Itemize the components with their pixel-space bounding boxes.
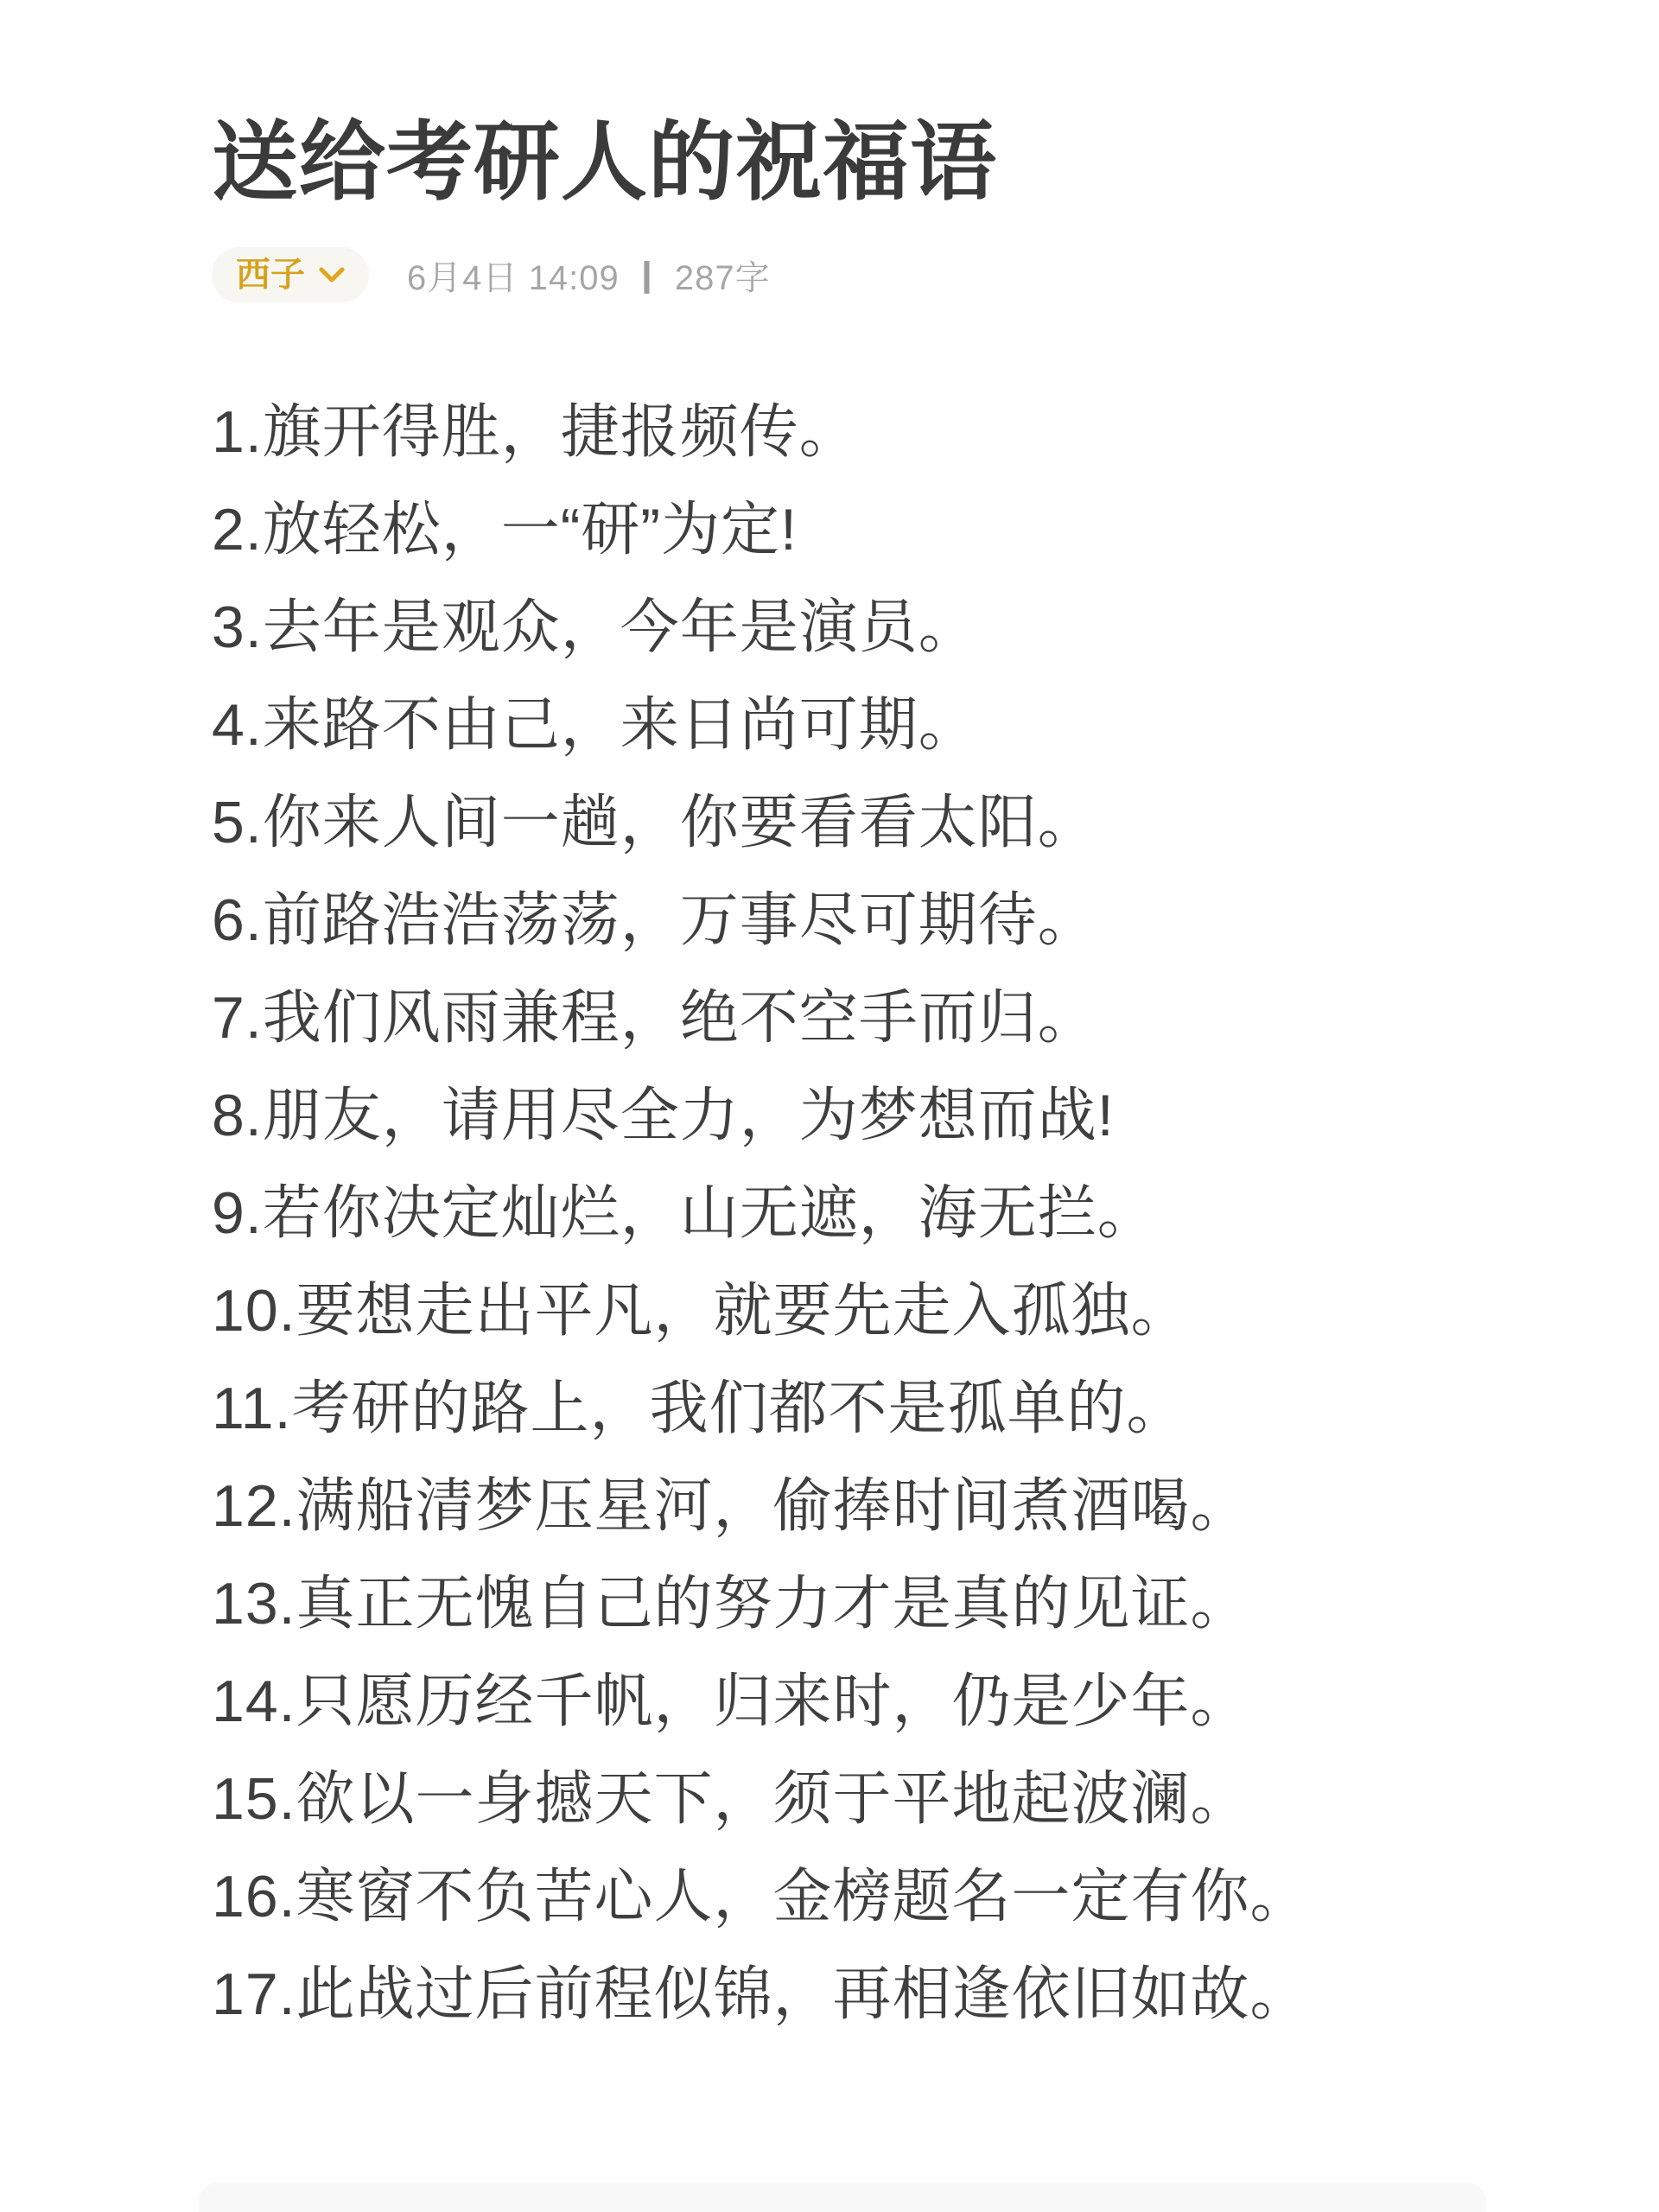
blessing-item: 12.满船清梦压星河，偷捧时间煮酒喝。: [212, 1458, 1529, 1555]
note-datetime: 6月4日 14:09: [407, 251, 620, 300]
blessing-item: 3.去年是观众，今年是演员。: [212, 579, 1529, 677]
blessing-item: 13.真正无愧自己的努力才是真的见证。: [212, 1555, 1529, 1653]
byline-row: 西子 6月4日 14:09 | 287字: [212, 247, 1529, 302]
blessing-item: 2.放轻松，一“研”为定!: [212, 481, 1529, 579]
bottom-sheet-edge: [199, 2183, 1486, 2212]
meta-separator: |: [640, 256, 653, 295]
note-meta: 6月4日 14:09 | 287字: [407, 251, 771, 300]
blessing-item: 1.旗开得胜，捷报频传。: [212, 384, 1529, 481]
note-word-count: 287字: [675, 251, 771, 300]
blessing-item: 10.要想走出平凡，就要先走入孤独。: [212, 1262, 1529, 1360]
page-title: 送给考研人的祝福语: [212, 119, 1529, 206]
chevron-down-icon: [319, 267, 345, 283]
blessing-item: 17.此战过后前程似锦，再相逢依旧如故。: [212, 1946, 1529, 2044]
blessing-item: 5.你来人间一趟，你要看看太阳。: [212, 774, 1529, 872]
author-dropdown-button[interactable]: 西子: [212, 247, 369, 302]
blessing-item: 4.来路不由己，来日尚可期。: [212, 677, 1529, 774]
blessing-item: 6.前路浩浩荡荡，万事尽可期待。: [212, 872, 1529, 969]
blessing-item: 11.考研的路上，我们都不是孤单的。: [212, 1360, 1529, 1458]
blessing-item: 16.寒窗不负苦心人，金榜题名一定有你。: [212, 1848, 1529, 1946]
blessing-item: 9.若你决定灿烂，山无遮，海无拦。: [212, 1165, 1529, 1262]
blessing-item: 7.我们风雨兼程，绝不空手而归。: [212, 969, 1529, 1067]
blessing-item: 8.朋友，请用尽全力，为梦想而战!: [212, 1067, 1529, 1165]
blessing-item: 14.只愿历经千帆，归来时，仍是少年。: [212, 1653, 1529, 1751]
blessing-item: 15.欲以一身撼天下，须于平地起波澜。: [212, 1751, 1529, 1848]
author-name: 西子: [236, 257, 305, 292]
blessing-list: 1.旗开得胜，捷报频传。 2.放轻松，一“研”为定! 3.去年是观众，今年是演员…: [212, 384, 1529, 2044]
note-page: 送给考研人的祝福语 西子 6月4日 14:09 | 287字 1.旗开得胜，捷报…: [0, 0, 1659, 2044]
